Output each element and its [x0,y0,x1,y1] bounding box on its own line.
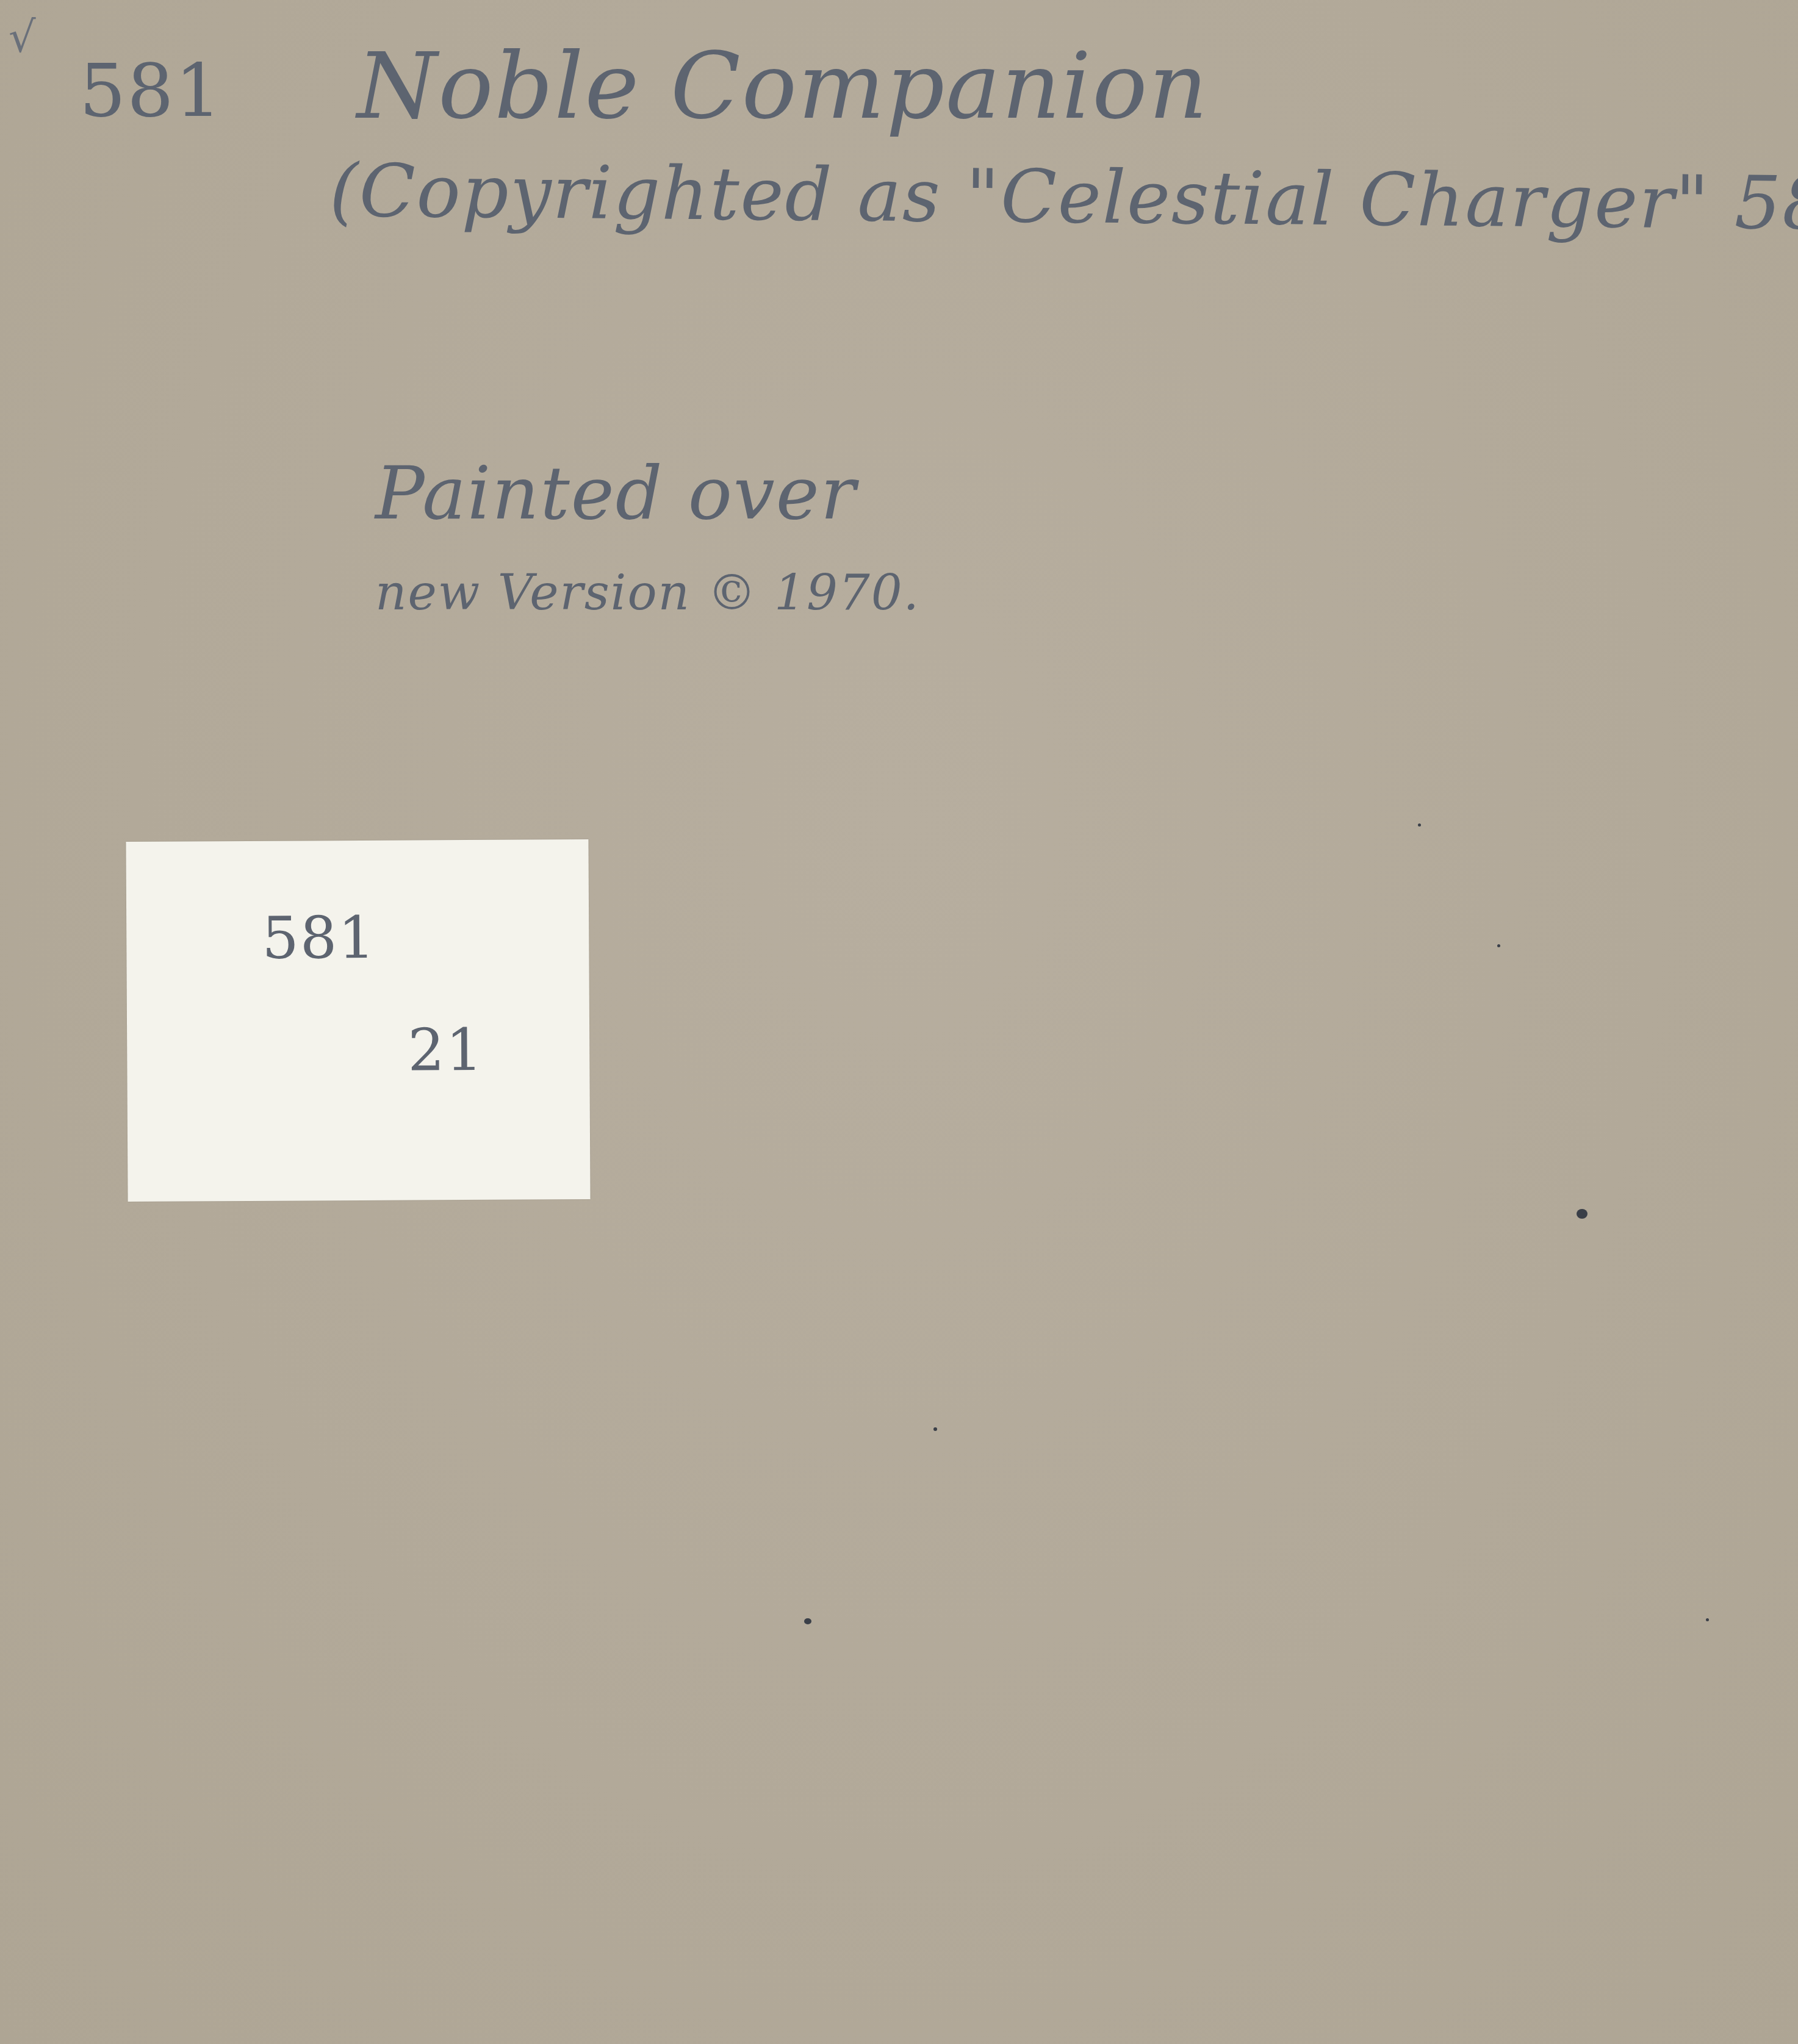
label-catalog-number: 581 [262,905,376,972]
paper-speck [933,1427,937,1431]
paper-speck [1418,823,1421,827]
copyright-note: (Copyrighted as "Celestial Charger" 581) [329,149,1798,248]
painted-over-note: Painted over [375,451,857,536]
label-secondary-number: 21 [408,1017,484,1085]
new-version-note: new Version © 1970. [375,564,920,621]
artwork-title: Noble Companion [357,34,1209,140]
paper-speck [1497,944,1500,947]
card-background: √ 581 Noble Companion (Copyrighted as "C… [0,0,1798,2044]
catalog-number: 581 [79,49,223,134]
check-mark: √ [9,12,37,62]
paper-speck [804,1618,811,1624]
paper-speck [1577,1209,1588,1219]
paper-speck [1706,1618,1709,1621]
paper-label: 581 21 [126,839,590,1202]
